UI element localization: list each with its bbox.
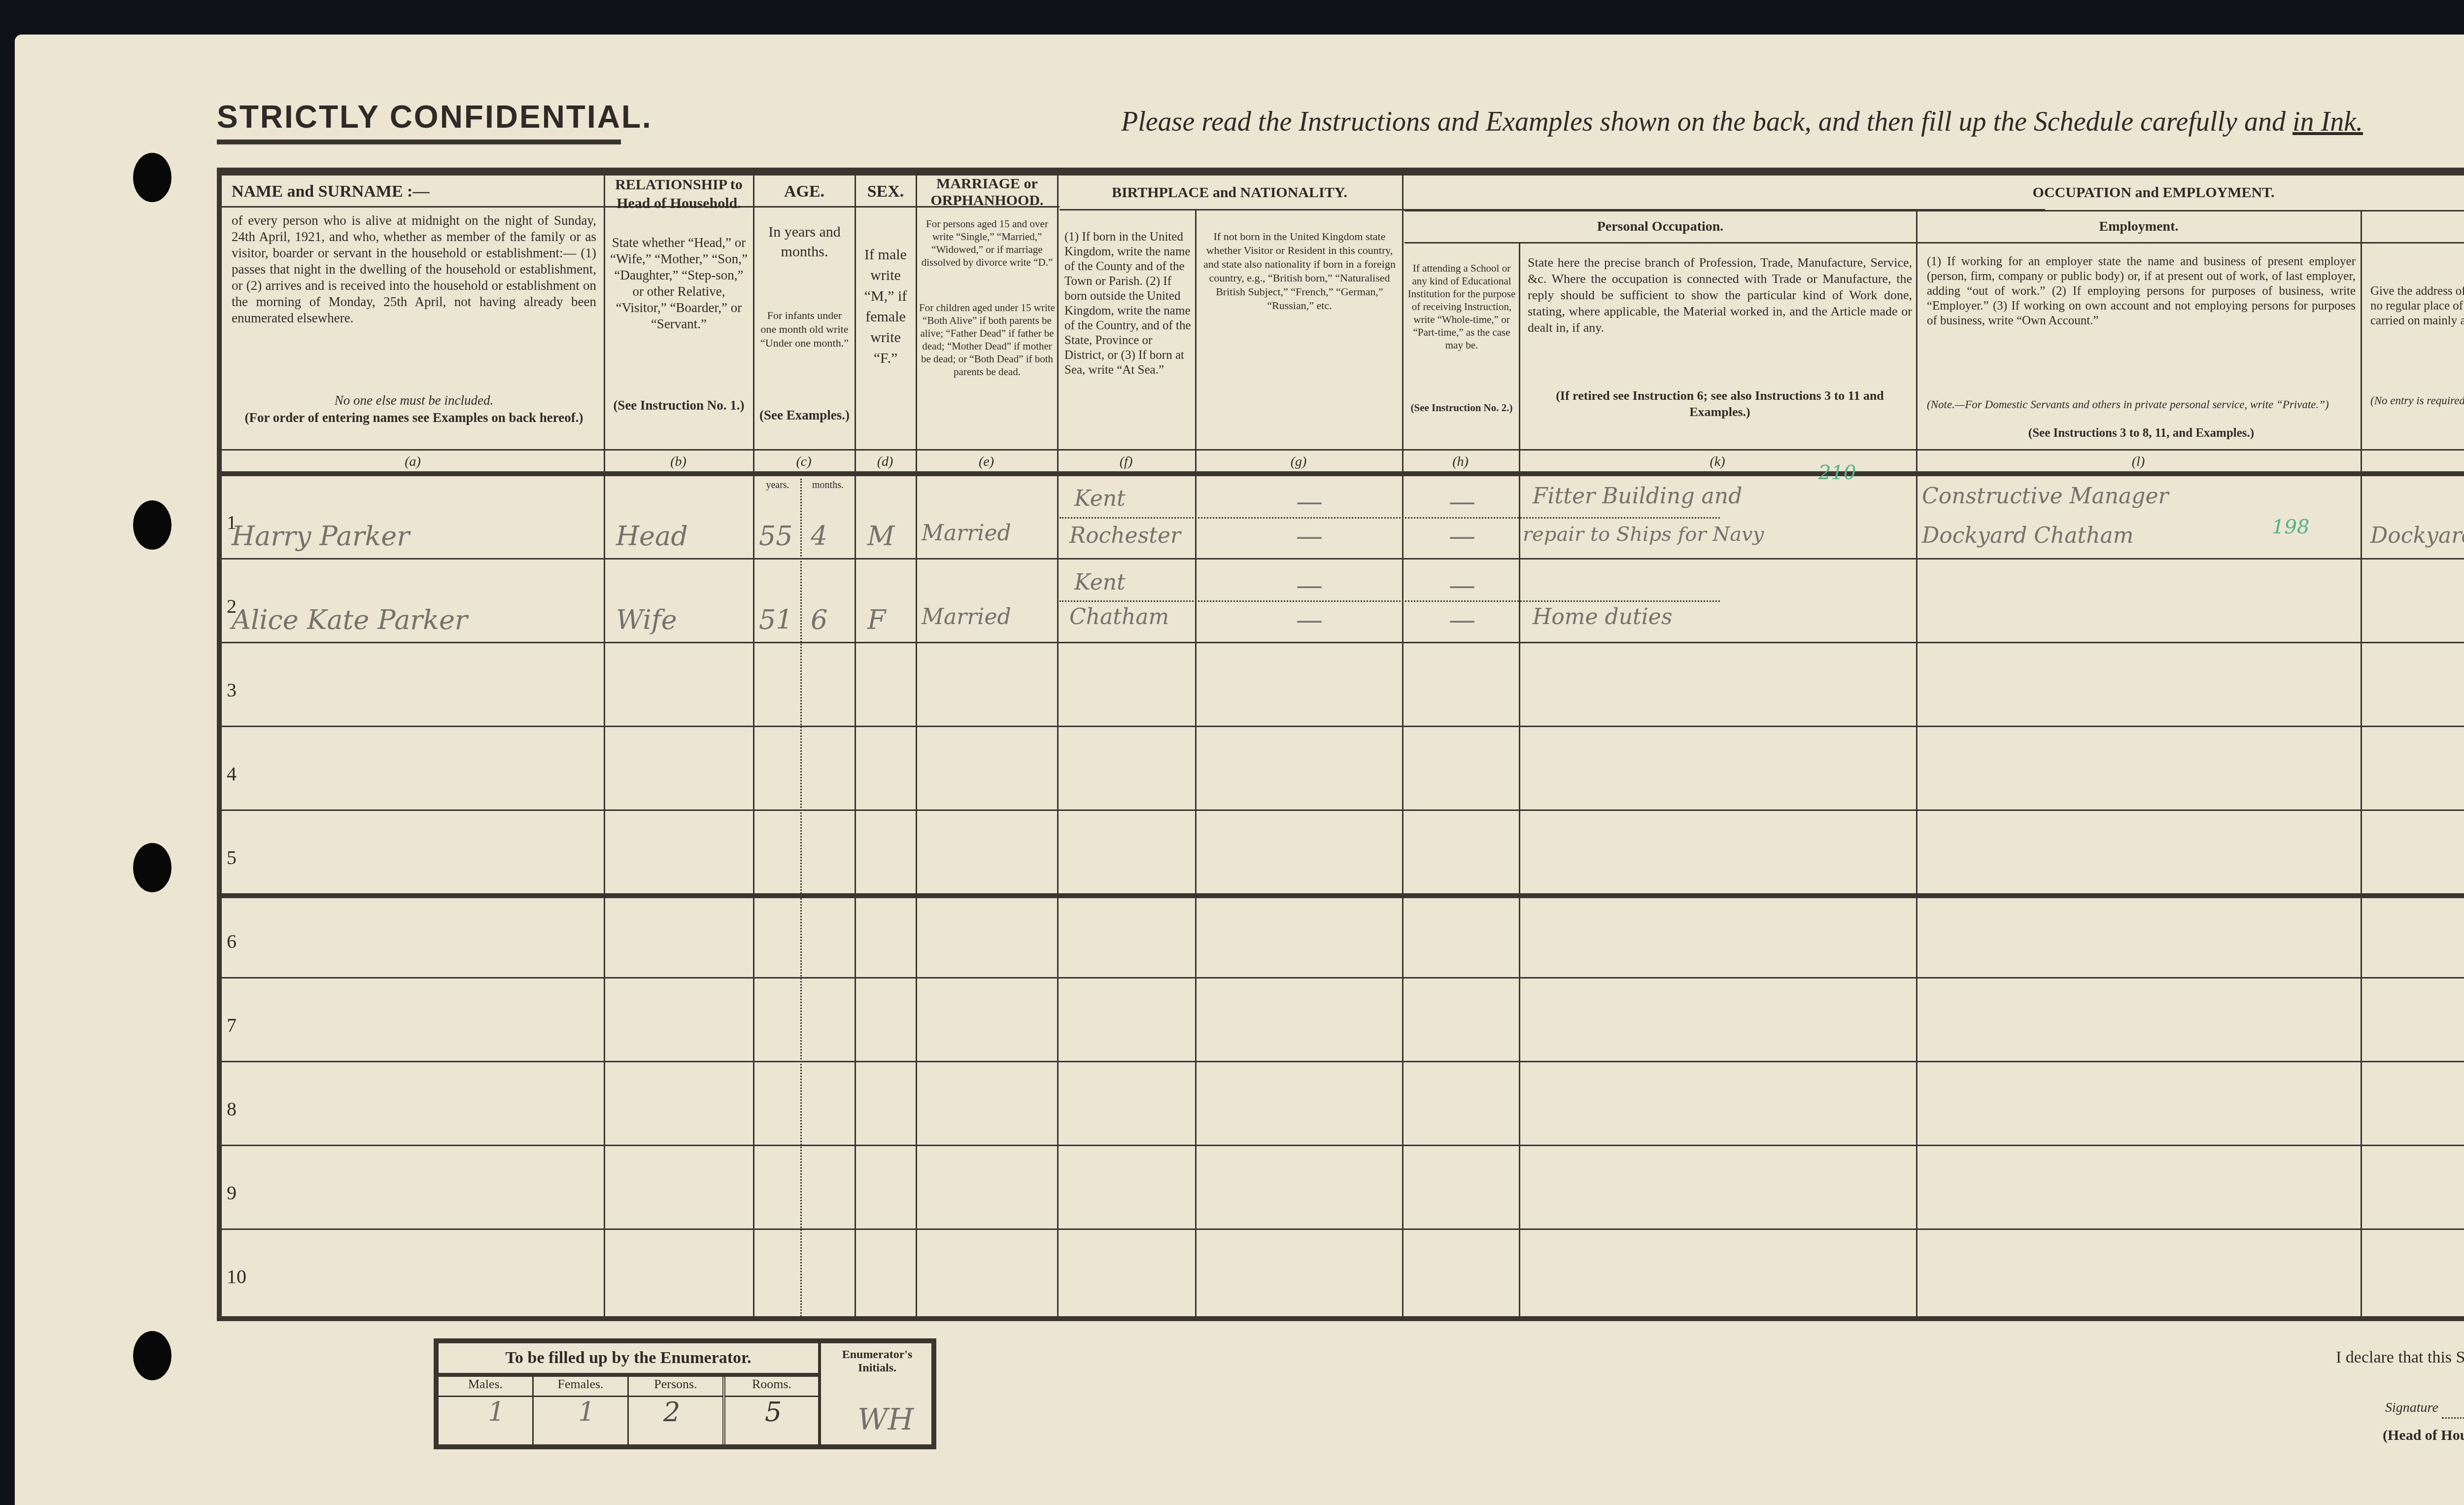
household-table: NAME and SURNAME :— of every person who … [217,168,2464,1321]
signature-line [2442,1417,2464,1419]
nationality[interactable]: — [1296,521,1323,552]
males-label: Males. [439,1377,532,1397]
person-name[interactable]: Harry Parker [232,521,410,552]
col-l-note: (Note.—For Domestic Servants and others … [1927,396,2356,413]
initials-label: Enumerator's Initials. [823,1348,931,1375]
punch-hole [133,843,171,892]
col-divider [1519,242,1520,1316]
birthplace-dotline [1060,517,1720,519]
persons-label: Persons. [629,1377,722,1397]
females-cell: Females. 1 [534,1377,629,1444]
row-line [222,1061,2464,1062]
col-d-heading: SEX. [856,182,915,201]
persons-count[interactable]: 2 [663,1397,680,1428]
col-l-heading: Employment. [1919,217,2358,236]
school-attendance[interactable]: — [1449,570,1475,601]
col-divider [1195,210,1197,1316]
row-number: 7 [227,1014,237,1037]
col-letter-d: (d) [855,454,916,470]
occupation-code: 210 [1818,461,1856,484]
rooms-count[interactable]: 5 [765,1397,782,1428]
nationality[interactable]: — [1296,570,1323,601]
signature-note: (Head of Household, Manager of Establish… [2383,1427,2464,1444]
punch-hole [133,1331,171,1380]
relationship[interactable]: Head [616,521,688,552]
divider [818,1343,821,1444]
occupation[interactable]: Home duties [1533,604,1673,630]
signature-label: Signature [2385,1400,2438,1416]
row-number: 5 [227,846,237,869]
marriage-status[interactable]: Married [922,604,1011,630]
occupation[interactable]: Fitter Building and [1533,484,1742,509]
employer-code: 198 [2272,516,2309,538]
sex[interactable]: M [867,521,894,552]
col-divider [2361,210,2362,1316]
nationality[interactable]: — [1296,604,1323,635]
col-b-heading: RELATIONSHIP to Head of Household. [606,175,752,213]
col-c-footer: (See Examples.) [759,407,850,423]
employer[interactable]: Constructive Manager [1922,484,2169,509]
col-m-heading: Place of Work. [2363,217,2464,236]
person-name[interactable]: Alice Kate Parker [232,604,468,635]
divider [1404,242,2464,244]
birth-county[interactable]: Kent [1074,570,1126,595]
marriage-status[interactable]: Married [922,521,1011,546]
col-c-heading: AGE. [755,182,854,201]
divider [1404,210,2464,211]
females-count[interactable]: 1 [578,1397,595,1428]
fill-instruction: Please read the Instructions and Example… [1121,106,2363,138]
age-months[interactable]: 4 [811,521,827,552]
rooms-cell: Rooms. 5 [725,1377,818,1444]
col-k-body: State here the precise branch of Profess… [1528,254,1912,336]
col-k-heading: Personal Occupation. [1404,217,1916,236]
col-letter-g: (g) [1195,454,1402,470]
col-m-note: (No entry is required for any person who… [2370,392,2464,409]
row-number: 4 [227,762,237,785]
enumerator-initials[interactable]: WH [857,1402,914,1437]
school-attendance[interactable]: — [1449,521,1475,552]
row-number: 10 [227,1265,246,1288]
instruction-text: Please read the Instructions and Example… [1121,106,2293,137]
birthplace-dotline [1060,600,1720,602]
punch-hole [133,153,171,202]
col-letter-h: (h) [1402,454,1519,470]
employer[interactable]: Dockyard Chatham [1922,523,2134,548]
col-d-body: If male write “M,” if female write “F.” [858,245,913,369]
col-a-note: No one else must be included. [232,392,596,409]
row-number: 8 [227,1097,237,1120]
row-line [222,642,2464,643]
sex[interactable]: F [867,604,886,635]
rooms-label: Rooms. [725,1377,818,1397]
col-letter-b: (b) [604,454,753,470]
header-bottom-rule [222,471,2464,476]
divider [222,449,2464,451]
col-letter-e: (e) [916,454,1057,470]
row-number: 9 [227,1181,237,1204]
occupation[interactable]: repair to Ships for Navy [1523,523,1764,546]
row-line [222,1145,2464,1146]
birthplace-heading: BIRTHPLACE and NATIONALITY. [1060,183,1400,202]
birth-town[interactable]: Rochester [1069,523,1181,548]
punch-hole [133,500,171,550]
col-l-body: (1) If working for an employer state the… [1927,254,2356,328]
title-underline [217,140,621,144]
col-b-footer: (See Instruction No. 1.) [609,397,749,414]
col-letter-k: (k) [1519,454,1916,470]
col-k-footer: (If retired see Instruction 6; see also … [1528,387,1912,420]
row-number: 3 [227,678,237,701]
school-attendance[interactable]: — [1449,604,1475,635]
row-number: 6 [227,930,237,953]
declaration-text: I declare that this Schedule is correctl… [2336,1348,2464,1367]
col-c-note: For infants under one month old write “U… [759,309,850,350]
col-e-body: For persons aged 15 and over write “Sing… [919,217,1056,269]
row-line [222,726,2464,727]
col-a-body: of every person who is alive at midnight… [232,212,596,326]
col-e-heading: MARRIAGE or ORPHANHOOD. [918,175,1057,209]
row-line [222,1228,2464,1230]
row-line [222,809,2464,811]
col-letter-m: (m) [2361,454,2464,470]
col-c-body: In years and months. [759,222,850,262]
age-years[interactable]: 55 [759,521,793,552]
enumerator-box-heading: To be filled up by the Enumerator. [439,1343,818,1377]
females-label: Females. [534,1377,627,1397]
col-h-footer: (See Instruction No. 2.) [1405,400,1518,416]
col-a-footer: (For order of entering names see Example… [232,410,596,426]
age-years[interactable]: 51 [759,604,793,635]
col-letter-l: (l) [1916,454,2361,470]
age-months[interactable]: 6 [811,604,827,635]
col-f-body: (1) If born in the United Kingdom, write… [1064,230,1193,378]
birth-county[interactable]: Kent [1074,486,1126,511]
col-divider [1916,210,1917,1316]
persons-cell: Persons. 2 [629,1377,725,1444]
school-attendance[interactable]: — [1449,486,1475,517]
col-letter-c: (c) [753,454,855,470]
col-m-body: Give the address of each person's place … [2370,284,2464,328]
age-years-label: years. [758,477,797,493]
males-cell: Males. 1 [439,1377,534,1444]
age-months-label: months. [803,477,853,493]
col-l-footer: (See Instructions 3 to 8, 11, and Exampl… [1927,425,2356,441]
nationality[interactable]: — [1296,486,1323,517]
row-line [222,558,2464,560]
enumerator-box: To be filled up by the Enumerator. Enume… [434,1338,936,1449]
col-letter-a: (a) [222,454,604,470]
instruction-emphasis: in Ink. [2293,106,2363,137]
col-e-body-children: For children aged under 15 write “Both A… [919,301,1056,378]
col-h-body: If attending a School or any kind of Edu… [1405,262,1518,351]
col-a-heading: NAME and SURNAME :— [232,182,596,201]
relationship[interactable]: Wife [616,604,677,635]
row-line [222,977,2464,979]
occupation-heading: OCCUPATION and EMPLOYMENT. [1404,183,2464,202]
males-count[interactable]: 1 [488,1397,505,1428]
row-line [222,893,2464,898]
col-b-body: State whether “Head,” or “Wife,” “Mother… [609,235,749,332]
page-title: STRICTLY CONFIDENTIAL. [217,99,652,135]
col-g-body: If not born in the United Kingdom state … [1198,230,1401,313]
place-of-work[interactable]: Dockyard Chatham [2370,523,2464,548]
col-letter-f: (f) [1057,454,1195,470]
birth-town[interactable]: Chatham [1069,604,1169,630]
